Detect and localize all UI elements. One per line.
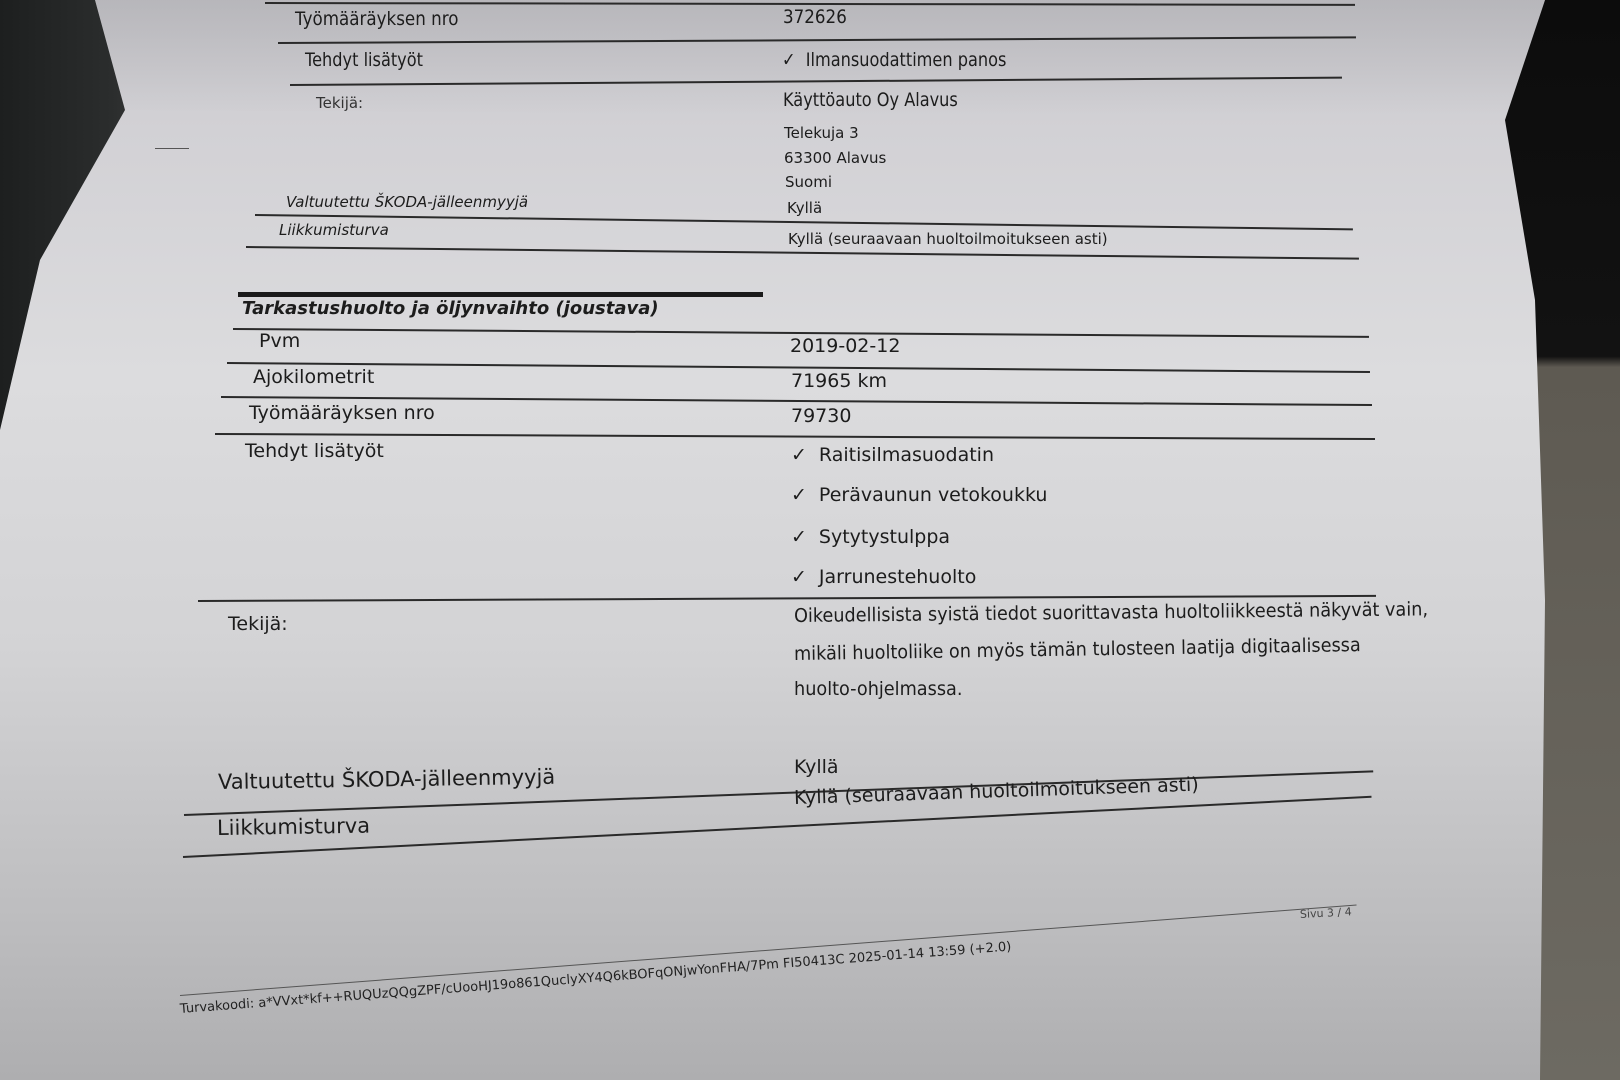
check-icon: ✓ — [782, 49, 796, 71]
divider — [290, 77, 1342, 86]
footer-divider — [180, 904, 1357, 996]
security-code: a*VVxt*kf++RUQUzQQgZPF/cUooHJ19o861Qucly… — [258, 957, 780, 1011]
security-code-line: Turvakoodi: a*VVxt*kf++RUQUzQQgZPF/cUooH… — [179, 940, 1011, 1017]
date-value: 2019-02-12 — [790, 335, 900, 357]
date-label: Pvm — [259, 330, 300, 352]
prev-performer-country: Suomi — [785, 173, 832, 191]
prev-performer-street: Telekuja 3 — [784, 124, 859, 142]
dealer-label: Valtuutettu ŠKODA-jälleenmyyjä — [218, 765, 556, 794]
service-title: Tarkastushuolto ja öljynvaihto (joustava… — [242, 298, 659, 319]
check-icon: ✓ — [791, 444, 807, 466]
mobility-value: Kyllä (seuraavaan huoltoilmoitukseen ast… — [794, 774, 1199, 809]
extra-work-item: ✓Perävaunun vetokoukku — [791, 484, 1047, 506]
service-history-page: Työmääräyksen nro 372626 Tehdyt lisätyöt… — [0, 0, 1620, 1080]
security-code-label: Turvakoodi: — [179, 996, 254, 1017]
prev-performer-label: Tekijä: — [316, 94, 363, 112]
print-timestamp: 2025-01-14 13:59 (+2.0) — [848, 940, 1012, 967]
prev-dealer-value: Kyllä — [787, 199, 822, 217]
divider — [215, 433, 1375, 440]
prev-mobility-label: Liikkumisturva — [279, 221, 389, 239]
performer-note-line: Oikeudellisista syistä tiedot suorittava… — [794, 598, 1428, 627]
check-icon: ✓ — [791, 526, 807, 548]
mileage-label: Ajokilometrit — [253, 366, 374, 388]
mileage-value: 71965 km — [791, 370, 887, 392]
dealer-code: FI50413C — [782, 952, 845, 972]
prev-work-order-value: 372626 — [783, 6, 847, 28]
dealer-value: Kyllä — [794, 756, 839, 778]
check-icon: ✓ — [791, 566, 807, 588]
work-order-label: Työmääräyksen nro — [249, 402, 435, 424]
prev-extra-work-item: ✓Ilmansuodattimen panos — [782, 49, 1006, 71]
performer-note-line: huolto-ohjelmassa. — [794, 678, 962, 700]
divider — [246, 246, 1359, 260]
prev-dealer-label: Valtuutettu ŠKODA-jälleenmyyjä — [286, 193, 528, 211]
prev-performer-name: Käyttöauto Oy Alavus — [783, 89, 958, 111]
section-heading-bar — [238, 292, 763, 297]
fold-tick-mark — [155, 148, 189, 149]
prev-extra-work-label: Tehdyt lisätyöt — [305, 49, 423, 71]
performer-label: Tekijä: — [228, 613, 288, 635]
prev-mobility-value: Kyllä (seuraavaan huoltoilmoitukseen ast… — [788, 230, 1108, 248]
mobility-label: Liikkumisturva — [217, 814, 370, 840]
extra-work-label: Tehdyt lisätyöt — [245, 440, 384, 462]
prev-work-order-label: Työmääräyksen nro — [295, 8, 458, 30]
divider — [278, 36, 1356, 44]
check-icon: ✓ — [791, 484, 807, 506]
work-order-value: 79730 — [791, 405, 851, 427]
extra-work-item: ✓Jarrunestehuolto — [791, 566, 976, 588]
performer-note-line: mikäli huoltoliike on myös tämän tuloste… — [794, 634, 1361, 665]
extra-work-item: ✓Raitisilmasuodatin — [791, 444, 994, 466]
extra-work-item: ✓Sytytystulppa — [791, 526, 950, 548]
prev-performer-city: 63300 Alavus — [784, 149, 886, 167]
